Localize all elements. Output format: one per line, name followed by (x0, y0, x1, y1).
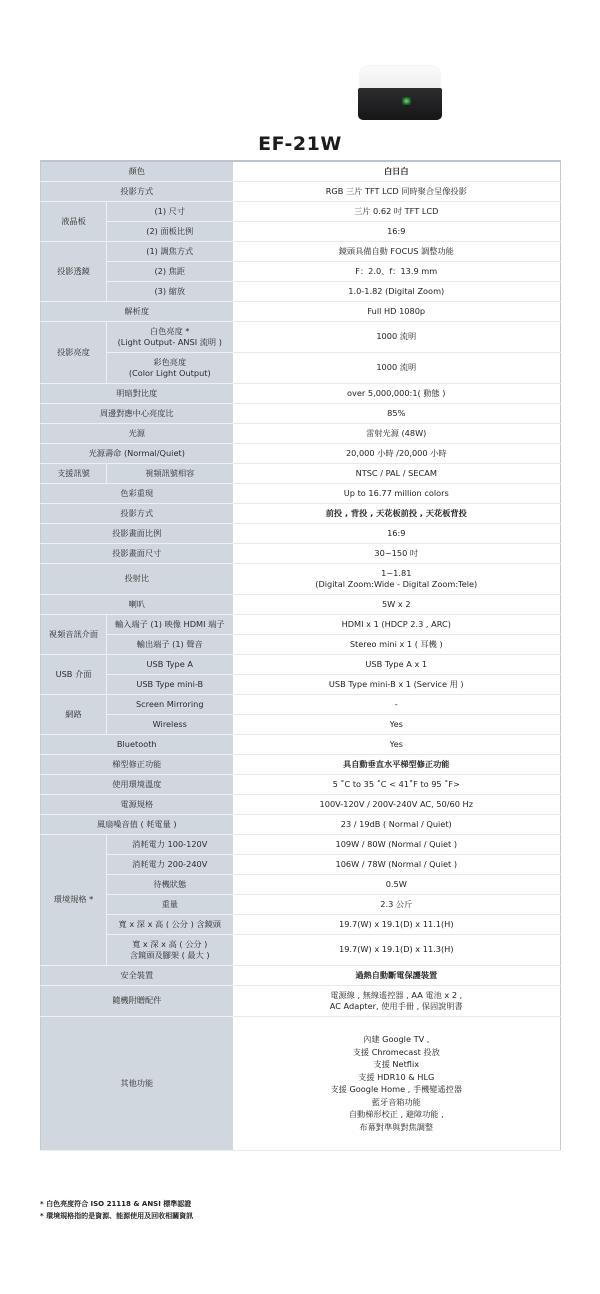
spec-label: 待機狀態 (107, 874, 233, 894)
spec-value: F：2.0、f：13.9 mm (233, 261, 561, 281)
spec-label: 輸出端子 (1) 聲音 (107, 634, 233, 654)
spec-label: 明暗對比度 (41, 383, 233, 403)
spec-group-label: 投影亮度 (41, 321, 107, 383)
spec-label: (2) 焦距 (107, 261, 233, 281)
product-title: EF-21W (0, 133, 600, 155)
spec-label: (1) 尺寸 (107, 201, 233, 221)
spec-value: 19.7(W) x 19.1(D) x 11.1(H) (233, 914, 561, 934)
spec-group-label: 網路 (41, 694, 107, 734)
spec-row-lens-focal: (2) 焦距 F：2.0、f：13.9 mm (41, 261, 561, 281)
spec-label: 周邊對應中心亮度比 (41, 403, 233, 423)
spec-value: 三片 0.62 吋 TFT LCD (233, 201, 561, 221)
spec-row-color-reproduction: 色彩重現 Up to 16.77 million colors (41, 483, 561, 503)
spec-row-bluetooth: Bluetooth Yes (41, 734, 561, 754)
spec-row-hdmi-input: 視頻音訊介面 輸入端子 (1) 映像 HDMI 端子 HDMI x 1 (HDC… (41, 614, 561, 634)
spec-value: 100V-120V / 200V-240V AC, 50/60 Hz (233, 794, 561, 814)
spec-row-accessories: 隨機附贈配件 電源線 , 無線遙控器 , AA 電池 x 2 , AC Adap… (41, 985, 561, 1016)
spec-row-wireless: Wireless Yes (41, 714, 561, 734)
spec-value: 5W x 2 (233, 594, 561, 614)
spec-value: Stereo mini x 1 ( 耳機 ) (233, 634, 561, 654)
spec-value: Yes (233, 714, 561, 734)
spec-row-color-brightness: 彩色亮度 (Color Light Output) 1000 流明 (41, 352, 561, 383)
spec-label: 投影畫面比例 (41, 523, 233, 543)
spec-row-safety: 安全裝置 過熱自動斷電保護裝置 (41, 965, 561, 985)
spec-row-light-source: 光源 雷射光源 (48W) (41, 423, 561, 443)
projector-front-panel (358, 88, 442, 120)
spec-label: 電源規格 (41, 794, 233, 814)
spec-value: Full HD 1080p (233, 301, 561, 321)
spec-row-power-100-120: 環境規格 * 消耗電力 100-120V 109W / 80W (Normal … (41, 834, 561, 854)
footnote-brightness: * 白色亮度符合 ISO 21118 & ANSI 標準認證 (40, 1198, 193, 1210)
spec-row-power-spec: 電源規格 100V-120V / 200V-240V AC, 50/60 Hz (41, 794, 561, 814)
spec-group-label: USB 介面 (41, 654, 107, 694)
spec-group-label: 支援訊號 (41, 463, 107, 483)
spec-value: 19.7(W) x 19.1(D) x 11.3(H) (233, 934, 561, 965)
spec-label: Bluetooth (41, 734, 233, 754)
spec-label: 投影方式 (41, 181, 233, 201)
spec-row-audio-output: 輸出端子 (1) 聲音 Stereo mini x 1 ( 耳機 ) (41, 634, 561, 654)
spec-row-power-200-240: 消耗電力 200-240V 106W / 78W (Normal / Quiet… (41, 854, 561, 874)
spec-value: 16:9 (233, 221, 561, 241)
spec-row-uniformity: 周邊對應中心亮度比 85% (41, 403, 561, 423)
spec-value: HDMI x 1 (HDCP 2.3 , ARC) (233, 614, 561, 634)
spec-value: 具自動垂直水平梯型修正功能 (233, 754, 561, 774)
spec-label: 喇叭 (41, 594, 233, 614)
spec-label: 寬 x 深 x 高 ( 公分 ) 含鏡頭及腳架 ( 最大 ) (107, 934, 233, 965)
spec-row-screen-size: 投影畫面尺寸 30~150 吋 (41, 543, 561, 563)
spec-row-speaker: 喇叭 5W x 2 (41, 594, 561, 614)
spec-label: 使用環境溫度 (41, 774, 233, 794)
spec-label: 投影畫面尺寸 (41, 543, 233, 563)
spec-value: 16:9 (233, 523, 561, 543)
spec-row-keystone: 梯型修正功能 具自動垂直水平梯型修正功能 (41, 754, 561, 774)
spec-row-video-signal: 支援訊號 視頻訊號相容 NTSC / PAL / SECAM (41, 463, 561, 483)
spec-row-light-life: 光源壽命 (Normal/Quiet) 20,000 小時 /20,000 小時 (41, 443, 561, 463)
footnote-environment: * 環境規格指的是資源、能源使用及回收相關資訊 (40, 1210, 193, 1222)
spec-value: 內建 Google TV , 支援 Chromecast 投放 支援 Netfl… (233, 1016, 561, 1150)
spec-label: 視頻訊號相容 (107, 463, 233, 483)
spec-label: USB Type mini-B (107, 674, 233, 694)
spec-value: Yes (233, 734, 561, 754)
spec-value: 雷射光源 (48W) (233, 423, 561, 443)
spec-label: (2) 面板比例 (107, 221, 233, 241)
projector-top-shell (360, 66, 440, 90)
spec-label: 消耗電力 100-120V (107, 834, 233, 854)
spec-value: 1000 流明 (233, 321, 561, 352)
spec-label: (3) 縮放 (107, 281, 233, 301)
spec-value: 1.0-1.82 (Digital Zoom) (233, 281, 561, 301)
spec-row-color: 顏色 白日白 (41, 161, 561, 181)
spec-value: 30~150 吋 (233, 543, 561, 563)
spec-row-contrast: 明暗對比度 over 5,000,000:1( 動態 ) (41, 383, 561, 403)
spec-row-lcd-aspect: (2) 面板比例 16:9 (41, 221, 561, 241)
spec-value: 電源線 , 無線遙控器 , AA 電池 x 2 , AC Adapter, 使用… (233, 985, 561, 1016)
spec-value: 1~1.81 (Digital Zoom:Wide - Digital Zoom… (233, 563, 561, 594)
spec-value: 1000 流明 (233, 352, 561, 383)
spec-label: 白色亮度 * (Light Output- ANSI 流明 ) (107, 321, 233, 352)
spec-value: 106W / 78W (Normal / Quiet ) (233, 854, 561, 874)
spec-value: 85% (233, 403, 561, 423)
spec-label: (1) 調焦方式 (107, 241, 233, 261)
spec-row-temperature: 使用環境溫度 5 ˚C to 35 ˚C < 41˚F to 95 ˚F> (41, 774, 561, 794)
footnotes: * 白色亮度符合 ISO 21118 & ANSI 標準認證 * 環境規格指的是… (40, 1198, 193, 1222)
spec-row-dimensions: 寬 x 深 x 高 ( 公分 ) 含鏡頭 19.7(W) x 19.1(D) x… (41, 914, 561, 934)
spec-row-fan-noise: 風扇噪音值 ( 耗電量 ) 23 / 19dB ( Normal / Quiet… (41, 814, 561, 834)
spec-row-screen-aspect: 投影畫面比例 16:9 (41, 523, 561, 543)
spec-value: 109W / 80W (Normal / Quiet ) (233, 834, 561, 854)
spec-row-standby: 待機狀態 0.5W (41, 874, 561, 894)
spec-group-label: 液晶板 (41, 201, 107, 241)
spec-label: 投射比 (41, 563, 233, 594)
spec-row-projection-method: 投影方式 RGB 三片 TFT LCD 同時聚合呈像投影 (41, 181, 561, 201)
projector-product-image (358, 66, 442, 120)
spec-label: Screen Mirroring (107, 694, 233, 714)
spec-group-label: 投影透鏡 (41, 241, 107, 301)
spec-value: NTSC / PAL / SECAM (233, 463, 561, 483)
spec-value: 20,000 小時 /20,000 小時 (233, 443, 561, 463)
spec-value: USB Type mini-B x 1 (Service 用 ) (233, 674, 561, 694)
spec-label: 彩色亮度 (Color Light Output) (107, 352, 233, 383)
spec-label: 輸入端子 (1) 映像 HDMI 端子 (107, 614, 233, 634)
spec-row-other-features: 其他功能 內建 Google TV , 支援 Chromecast 投放 支援 … (41, 1016, 561, 1150)
spec-row-dimensions-max: 寬 x 深 x 高 ( 公分 ) 含鏡頭及腳架 ( 最大 ) 19.7(W) x… (41, 934, 561, 965)
spec-label: 重量 (107, 894, 233, 914)
spec-value: 前投 , 背投 , 天花板前投 , 天花板背投 (233, 503, 561, 523)
spec-value: 0.5W (233, 874, 561, 894)
spec-label: 光源壽命 (Normal/Quiet) (41, 443, 233, 463)
spec-value: 過熱自動斷電保護裝置 (233, 965, 561, 985)
spec-label: 梯型修正功能 (41, 754, 233, 774)
spec-row-install-mode: 投影方式 前投 , 背投 , 天花板前投 , 天花板背投 (41, 503, 561, 523)
projector-lens-icon (402, 97, 411, 105)
spec-value: 23 / 19dB ( Normal / Quiet) (233, 814, 561, 834)
spec-row-throw-ratio: 投射比 1~1.81 (Digital Zoom:Wide - Digital … (41, 563, 561, 594)
spec-label: 安全裝置 (41, 965, 233, 985)
spec-label: 風扇噪音值 ( 耗電量 ) (41, 814, 233, 834)
spec-value: USB Type A x 1 (233, 654, 561, 674)
spec-label: 投影方式 (41, 503, 233, 523)
spec-value: - (233, 694, 561, 714)
spec-label: 解析度 (41, 301, 233, 321)
spec-row-lcd-size: 液晶板 (1) 尺寸 三片 0.62 吋 TFT LCD (41, 201, 561, 221)
spec-value: over 5,000,000:1( 動態 ) (233, 383, 561, 403)
spec-group-label: 視頻音訊介面 (41, 614, 107, 654)
spec-label: Wireless (107, 714, 233, 734)
spec-row-weight: 重量 2.3 公斤 (41, 894, 561, 914)
spec-label: 光源 (41, 423, 233, 443)
spec-label: 隨機附贈配件 (41, 985, 233, 1016)
spec-group-label: 環境規格 * (41, 834, 107, 965)
spec-label: 色彩重現 (41, 483, 233, 503)
spec-row-usb-a: USB 介面 USB Type A USB Type A x 1 (41, 654, 561, 674)
spec-value: 鏡頭具備自動 FOCUS 調整功能 (233, 241, 561, 261)
spec-row-usb-mini-b: USB Type mini-B USB Type mini-B x 1 (Ser… (41, 674, 561, 694)
spec-row-screen-mirroring: 網路 Screen Mirroring - (41, 694, 561, 714)
spec-row-lens-focus: 投影透鏡 (1) 調焦方式 鏡頭具備自動 FOCUS 調整功能 (41, 241, 561, 261)
spec-row-resolution: 解析度 Full HD 1080p (41, 301, 561, 321)
spec-label: 消耗電力 200-240V (107, 854, 233, 874)
spec-row-lens-zoom: (3) 縮放 1.0-1.82 (Digital Zoom) (41, 281, 561, 301)
spec-value: RGB 三片 TFT LCD 同時聚合呈像投影 (233, 181, 561, 201)
spec-value: 5 ˚C to 35 ˚C < 41˚F to 95 ˚F> (233, 774, 561, 794)
spec-table: 顏色 白日白 投影方式 RGB 三片 TFT LCD 同時聚合呈像投影 液晶板 … (40, 160, 561, 1151)
spec-label: 其他功能 (41, 1016, 233, 1150)
spec-value: 2.3 公斤 (233, 894, 561, 914)
spec-row-white-brightness: 投影亮度 白色亮度 * (Light Output- ANSI 流明 ) 100… (41, 321, 561, 352)
spec-value: Up to 16.77 million colors (233, 483, 561, 503)
spec-label: 顏色 (41, 161, 233, 181)
spec-label: USB Type A (107, 654, 233, 674)
spec-value: 白日白 (233, 161, 561, 181)
spec-label: 寬 x 深 x 高 ( 公分 ) 含鏡頭 (107, 914, 233, 934)
